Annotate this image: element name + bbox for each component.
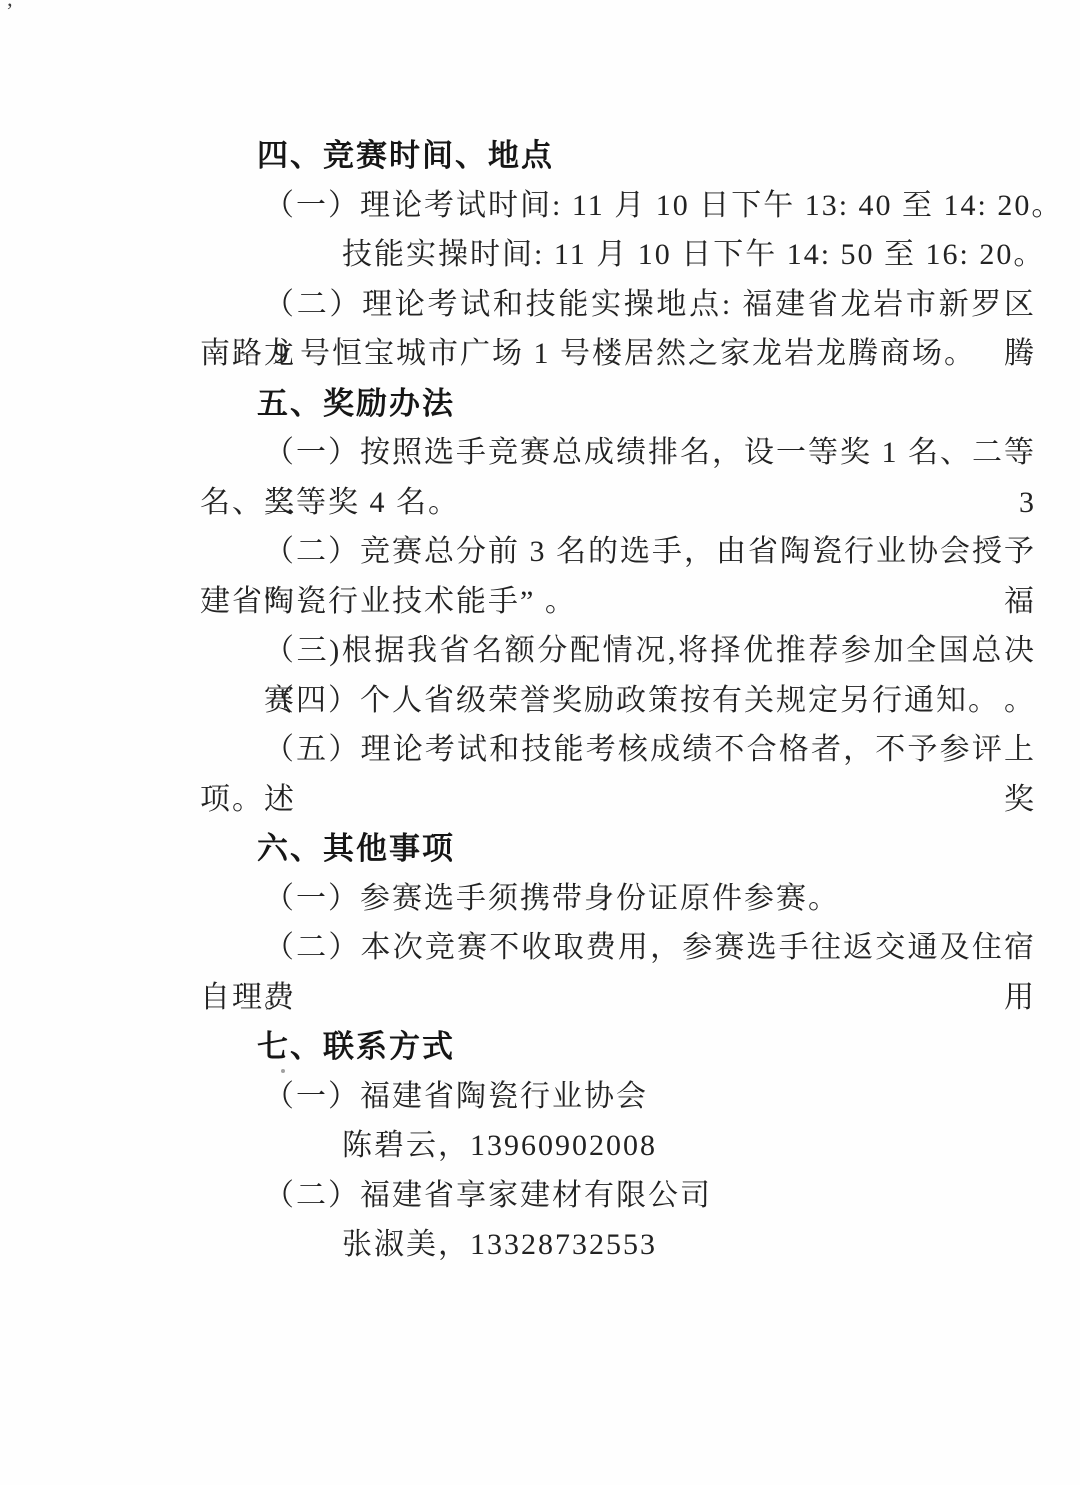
text-line: （三)根据我省名额分配情况,将择优推荐参加全国总决赛。 bbox=[200, 626, 1036, 676]
text-line: （二）理论考试和技能实操地点: 福建省龙岩市新罗区龙腾 bbox=[200, 280, 1036, 330]
text-line: （二）福建省享家建材有限公司 bbox=[200, 1171, 1036, 1221]
scan-artifact-mark: ’ bbox=[6, 0, 13, 22]
section-heading: 六、其他事项 bbox=[200, 824, 1036, 874]
text-line: 南路 9 号恒宝城市广场 1 号楼居然之家龙岩龙腾商场。 bbox=[200, 329, 1036, 379]
text-line: 技能实操时间: 11 月 10 日下午 14: 50 至 16: 20。 bbox=[200, 230, 1036, 280]
section-heading: 五、奖励办法 bbox=[200, 379, 1036, 429]
section-heading: 七、联系方式 bbox=[200, 1022, 1036, 1072]
text-line: 张淑美，13328732553 bbox=[200, 1220, 1036, 1270]
text-line: （二）竞赛总分前 3 名的选手，由省陶瓷行业协会授予 “福 bbox=[200, 527, 1036, 577]
document-body: 四、竞赛时间、地点（一）理论考试时间: 11 月 10 日下午 13: 40 至… bbox=[200, 131, 1036, 1270]
section-heading: 四、竞赛时间、地点 bbox=[200, 131, 1036, 181]
text-line: 陈碧云，13960902008 bbox=[200, 1121, 1036, 1171]
text-line: （五）理论考试和技能考核成绩不合格者，不予参评上述奖 bbox=[200, 725, 1036, 775]
text-line: （一）按照选手竞赛总成绩排名，设一等奖 1 名、二等奖 3 bbox=[200, 428, 1036, 478]
text-line: （一）参赛选手须携带身份证原件参赛。 bbox=[200, 874, 1036, 924]
text-line: （二）本次竞赛不收取费用，参赛选手往返交通及住宿费用 bbox=[200, 923, 1036, 973]
text-line: （一）福建省陶瓷行业协会 bbox=[200, 1072, 1036, 1122]
document-page: ’ 四、竞赛时间、地点（一）理论考试时间: 11 月 10 日下午 13: 40… bbox=[0, 0, 1080, 1485]
text-line: （一）理论考试时间: 11 月 10 日下午 13: 40 至 14: 20。 bbox=[200, 181, 1036, 231]
text-line: （四）个人省级荣誉奖励政策按有关规定另行通知。 bbox=[200, 676, 1036, 726]
